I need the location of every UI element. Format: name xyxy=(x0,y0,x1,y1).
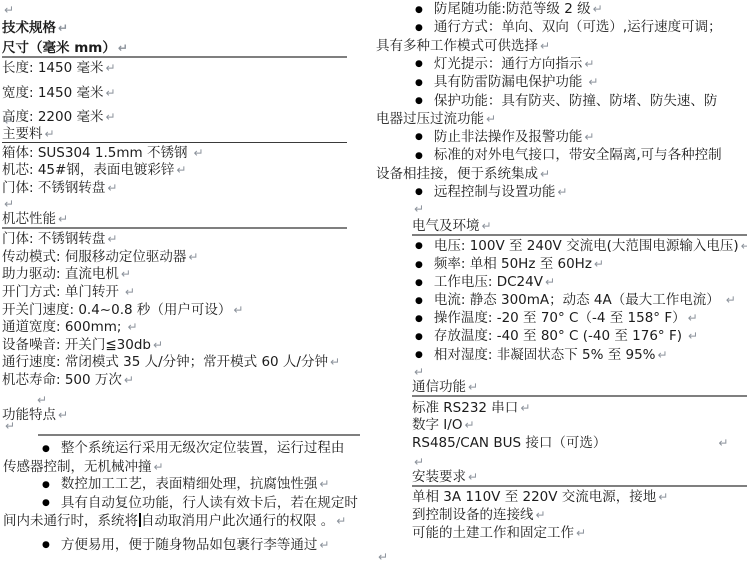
bullet-icon xyxy=(415,2,423,20)
spec-bullet: 电流: 静态 300mA；动态 4A（最大工作电流） xyxy=(376,292,747,310)
spec-text: 存放温度: -40 至 80° C (-40 至 176° F) xyxy=(434,328,682,344)
bullet-icon xyxy=(415,311,423,329)
spec-line: 开关门速度: 0.4~0.8 秒（用户可设） xyxy=(2,302,347,320)
section-header-install: 安装要求 xyxy=(412,469,747,487)
feature-text: 方便易用，便于随身物品如包裹行李等通过 xyxy=(61,537,318,553)
empty-paragraph xyxy=(2,197,347,211)
spec-line-door: 门体: 不锈钢转盘 xyxy=(2,180,347,198)
spec-text: 操作温度: -20 至 70° C（-4 至 158° F） xyxy=(434,310,686,326)
spec-line: RS485/CAN BUS 接口（可选） xyxy=(376,435,747,453)
spec-line: 可能的土建工作和固定工作 xyxy=(376,525,747,543)
spec-line: 机芯寿命: 500 万次 xyxy=(2,372,347,390)
bullet-icon xyxy=(415,238,423,256)
empty-paragraph xyxy=(2,3,347,17)
bullet-icon xyxy=(415,329,423,347)
feature-bullet-wrap: 电器过压过流功能 xyxy=(376,111,747,129)
bullet-icon xyxy=(42,537,50,555)
spec-line: 传动模式: 伺服移动定位驱动器 xyxy=(2,249,347,267)
feature-bullet: 灯光提示：通行方向指示 xyxy=(376,56,747,74)
feature-text: 防止非法操作及报警功能 xyxy=(434,129,583,145)
feature-bullet: 标准的对外电气接口，带安全隔离,可与各种控制 xyxy=(376,147,747,165)
spec-line-mechanism: 机芯: 45#钢，表面电镀彩锌 xyxy=(2,162,347,180)
empty-paragraph xyxy=(2,393,347,407)
section-header-features: 功能特点 xyxy=(2,407,347,425)
spec-text: 电压: 100V 至 240V 交流电(大范围电源输入电压) xyxy=(434,238,739,254)
feature-bullet: 远程控制与设置功能 xyxy=(376,184,747,202)
bullet-icon xyxy=(415,347,423,365)
section-header-electrical: 电气及环境 xyxy=(412,218,747,236)
spec-line: 设备噪音: 开关门≦30db xyxy=(2,337,347,355)
feature-bullet: 具有防雷防漏电保护功能 xyxy=(376,74,747,92)
bullet-icon xyxy=(415,184,423,202)
spec-bullet: 频率: 单相 50Hz 至 60Hz xyxy=(376,256,747,274)
feature-bullet: 方便易用，便于随身物品如包裹行李等通过 xyxy=(2,537,347,555)
spec-line: 开门方式: 单门转开 xyxy=(2,284,347,302)
empty-paragraph xyxy=(376,550,747,562)
bullet-icon xyxy=(42,441,50,459)
spec-bullet: 电压: 100V 至 240V 交流电(大范围电源输入电压) xyxy=(376,238,747,256)
feature-text: 具有自动复位功能，行人读有效卡后，若在规定时 xyxy=(61,495,358,511)
spec-bullet: 操作温度: -20 至 70° C（-4 至 158° F） xyxy=(376,310,747,328)
spec-bullet: 相对湿度: 非凝固状态下 5% 至 95% xyxy=(376,347,747,365)
spec-bullet: 存放温度: -40 至 80° C (-40 至 176° F) xyxy=(376,328,747,346)
spec-line: 通行速度: 常闭模式 35 人/分钟；常开模式 60 人/分钟 xyxy=(2,354,347,372)
feature-bullet: 防尾随功能:防范等级 2 级 xyxy=(376,1,747,19)
bullet-icon xyxy=(42,477,50,495)
spec-text: 相对湿度: 非凝固状态下 5% 至 95% xyxy=(434,347,656,363)
spec-line: 数字 I/O xyxy=(376,417,747,435)
spec-bullet: 工作电压: DC24V xyxy=(376,274,747,292)
section-header-comm: 通信功能 xyxy=(412,379,747,397)
feature-text: 灯光提示：通行方向指示 xyxy=(434,56,583,72)
spec-line-cabinet: 箱体: SUS304 1.5mm 不锈钢 xyxy=(2,145,347,163)
spec-line: 助力驱动: 直流电机 xyxy=(2,266,347,284)
bullet-icon xyxy=(415,257,423,275)
feature-text: 保护功能：具有防夹、防撞、防堵、防失速、防 xyxy=(434,93,718,109)
feature-bullet: 数控加工工艺，表面精细处理，抗腐蚀性强 xyxy=(2,476,347,494)
bullet-icon xyxy=(415,129,423,147)
feature-bullet: 具有自动复位功能，行人读有效卡后，若在规定时 xyxy=(2,495,347,513)
bullet-icon xyxy=(415,275,423,293)
spec-text: 频率: 单相 50Hz 至 60Hz xyxy=(434,256,592,272)
spec-text: 电流: 静态 300mA；动态 4A（最大工作电流） xyxy=(434,292,720,308)
left-column: 技术规格 尺寸（毫米 mm） 长度: 1450 毫米 宽度: 1450 毫米 高… xyxy=(2,0,347,555)
bullet-icon xyxy=(42,495,50,513)
spec-line: 通道宽度: 600mm; xyxy=(2,319,347,337)
feature-bullet: 通行方式：单向、双向（可选）,运行速度可调； xyxy=(376,19,747,37)
section-header-core: 机芯性能 xyxy=(2,211,347,229)
feature-bullet: 保护功能：具有防夹、防撞、防堵、防失速、防 xyxy=(376,93,747,111)
feature-bullet-wrap: 间内未通行时，系统将自动取消用户此次通行的权限 。 xyxy=(2,513,347,531)
empty-paragraph xyxy=(376,365,747,379)
spec-text: 工作电压: DC24V xyxy=(434,274,543,290)
empty-paragraph xyxy=(376,455,747,469)
spec-line: 标准 RS232 串口 xyxy=(376,400,747,418)
bullet-icon xyxy=(415,148,423,166)
doc-title: 技术规格 xyxy=(2,20,347,37)
feature-text: 标准的对外电气接口，带安全隔离,可与各种控制 xyxy=(434,147,722,163)
bullet-icon xyxy=(415,93,423,111)
feature-text: 间内未通行时，系统将 xyxy=(3,513,138,529)
bullet-icon xyxy=(415,75,423,93)
feature-text: 数控加工工艺，表面精细处理，抗腐蚀性强 xyxy=(61,476,318,492)
spec-line-length: 长度: 1450 毫米 xyxy=(2,56,347,81)
bullet-icon xyxy=(415,56,423,74)
section-header-material: 主要料 xyxy=(2,126,347,143)
feature-bullet: 防止非法操作及报警功能 xyxy=(376,129,747,147)
feature-text: 远程控制与设置功能 xyxy=(434,184,556,200)
feature-text: 整个系统运行采用无级次定位装置，运行过程由 xyxy=(61,440,345,456)
empty-paragraph xyxy=(376,202,747,216)
feature-text: 自动取消用户此次通行的权限 。 xyxy=(141,513,334,529)
spec-line-width: 宽度: 1450 毫米 xyxy=(2,81,347,106)
feature-bullet-wrap: 设备相挂接，便于系统集成 xyxy=(376,166,747,184)
pilcrow-mark xyxy=(5,422,15,430)
document-page: 技术规格 尺寸（毫米 mm） 长度: 1450 毫米 宽度: 1450 毫米 高… xyxy=(0,0,747,562)
feature-text: 具有防雷防漏电保护功能 xyxy=(434,74,583,90)
right-column: 防尾随功能:防范等级 2 级 通行方式：单向、双向（可选）,运行速度可调； 具有… xyxy=(373,0,747,562)
feature-bullet-wrap: 传感器控制，无机械冲撞 xyxy=(2,459,347,477)
feature-bullet: 整个系统运行采用无级次定位装置，运行过程由 xyxy=(2,440,347,458)
spec-line: 到控制设备的连接线 xyxy=(376,507,747,525)
bullet-icon xyxy=(415,20,423,38)
spec-line: 门体: 不锈钢转盘 xyxy=(2,231,347,249)
feature-bullet-wrap: 具有多种工作模式可供选择 xyxy=(376,38,747,56)
feature-text: 通行方式：单向、双向（可选）,运行速度可调； xyxy=(434,19,722,35)
bullet-icon xyxy=(415,293,423,311)
spec-line: 单相 3A 110V 至 220V 交流电源，接地 xyxy=(376,489,747,507)
section-rule xyxy=(38,426,360,436)
feature-text: 防尾随功能:防范等级 2 级 xyxy=(434,1,591,17)
